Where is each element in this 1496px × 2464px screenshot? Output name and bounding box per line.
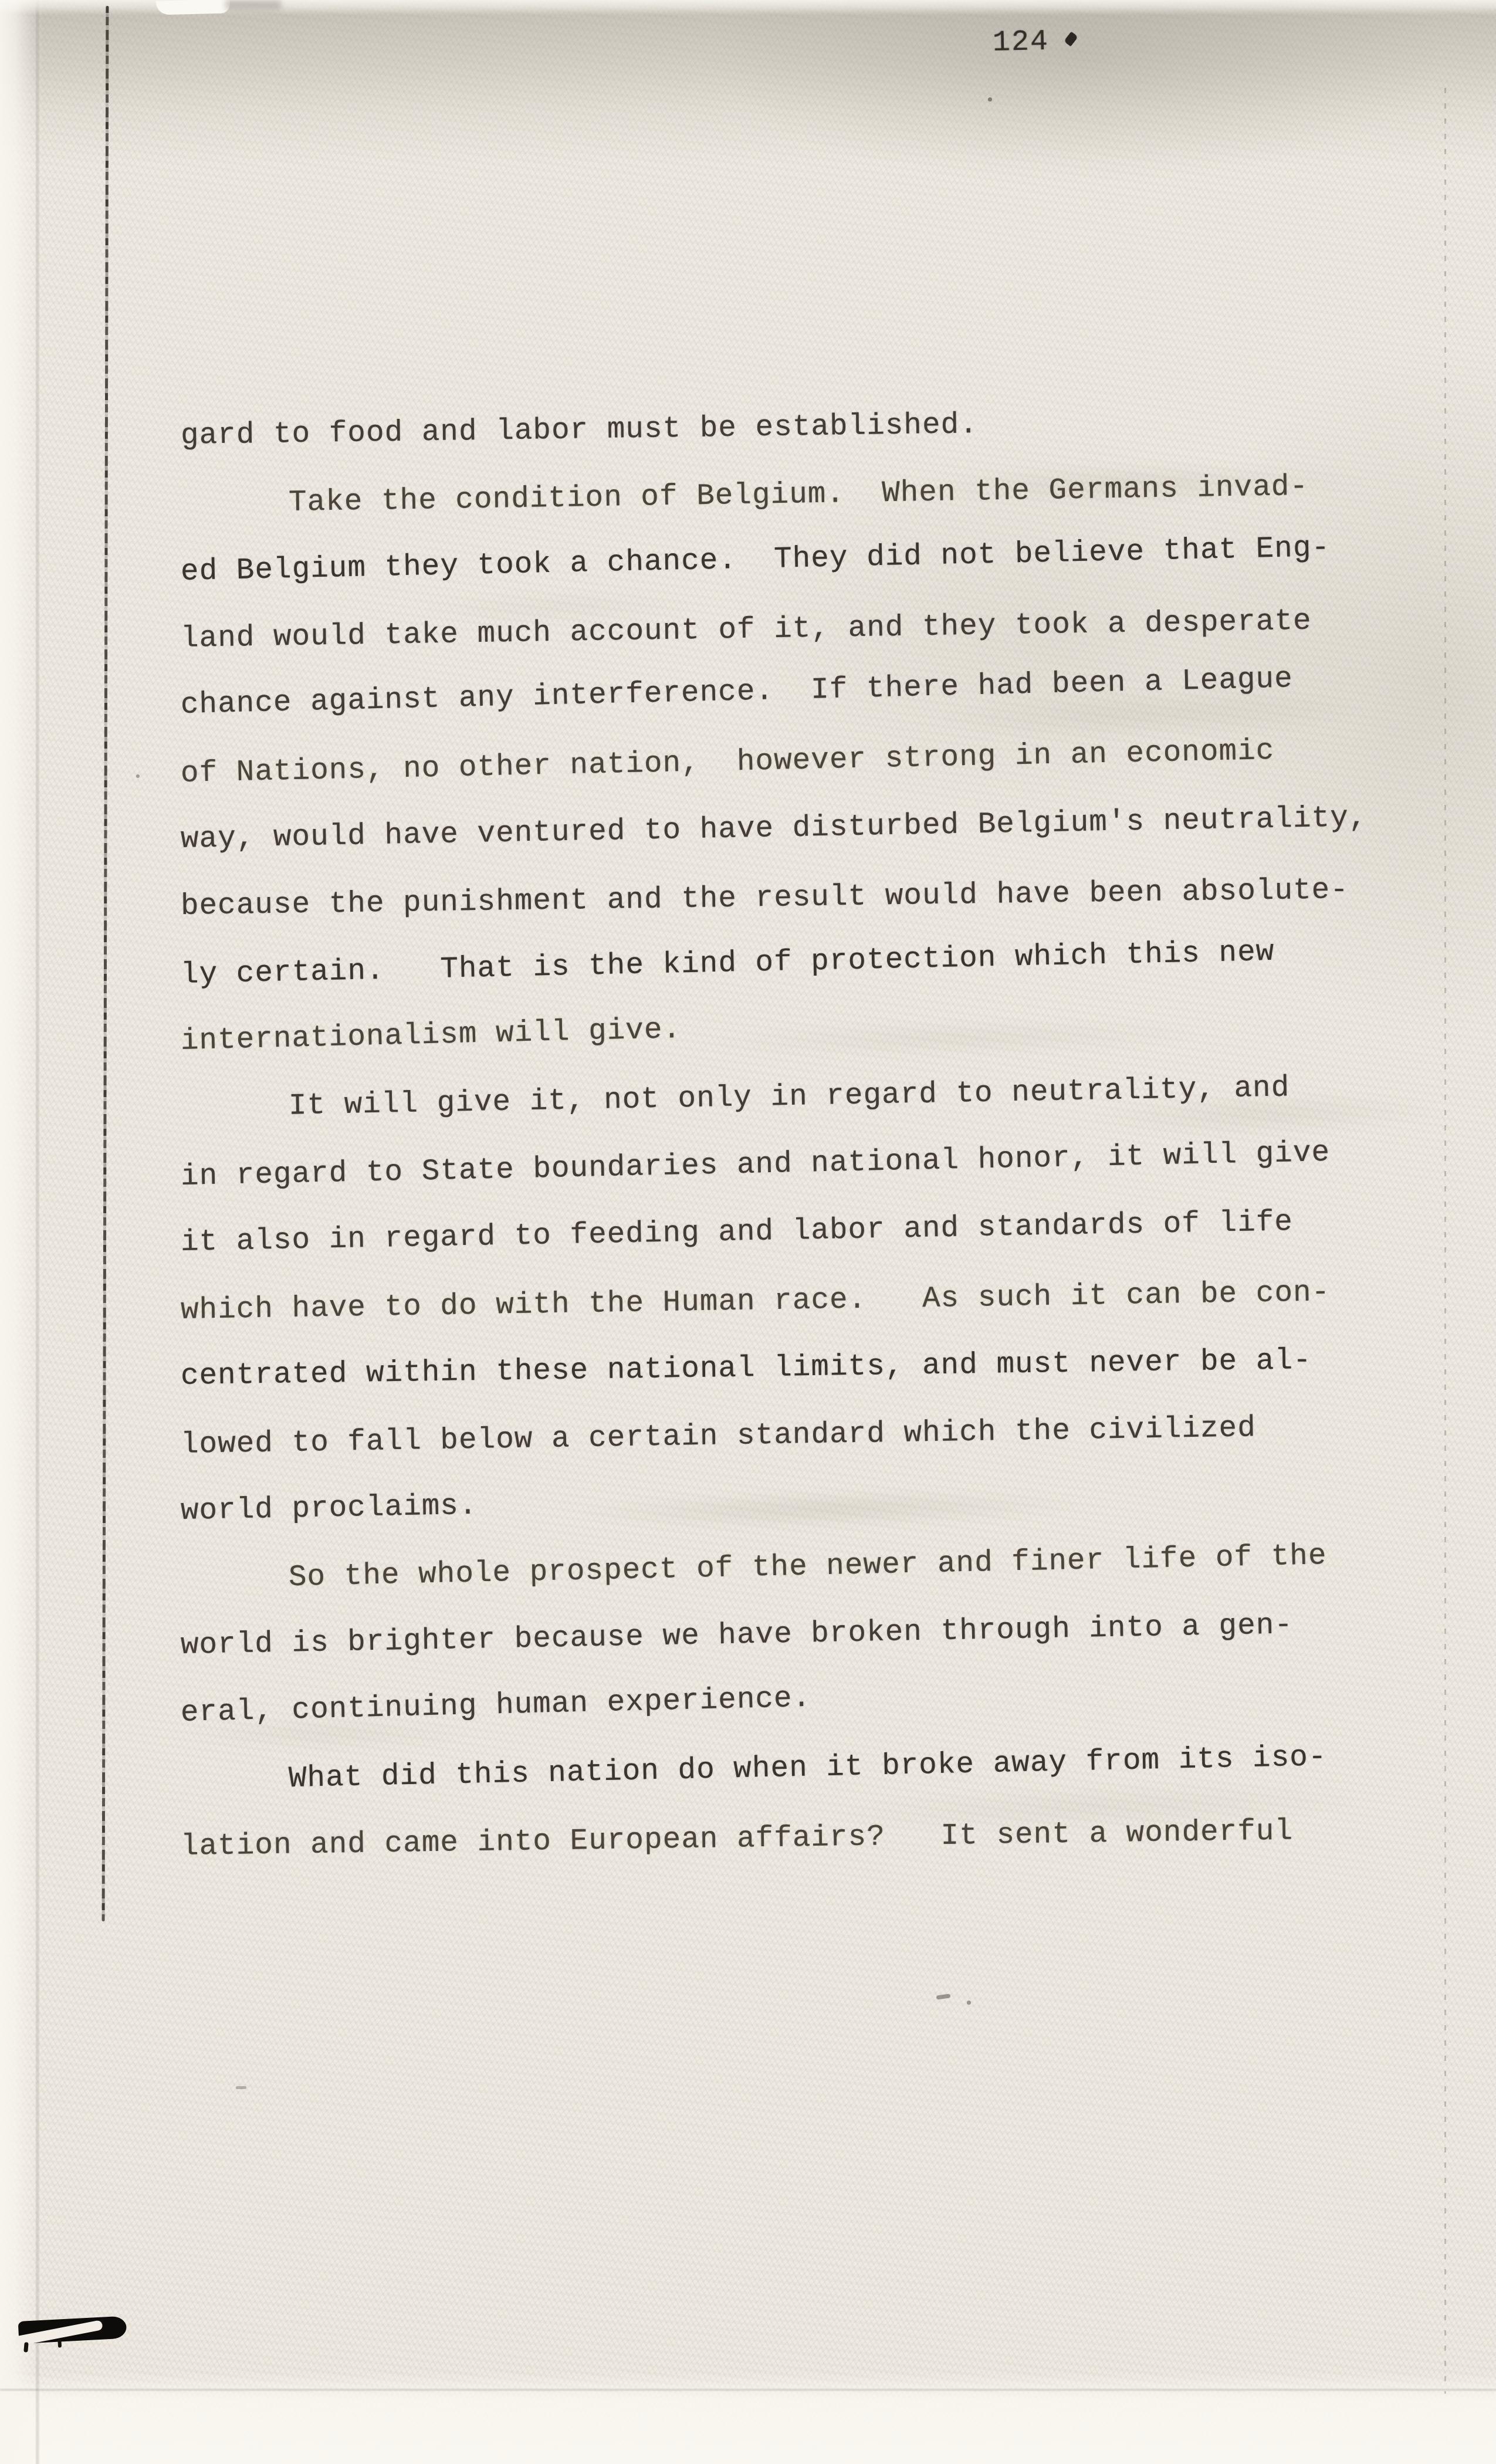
ink-speck [967, 2001, 971, 2005]
torn-notch-shadow [225, 0, 281, 9]
typed-text-block: gard to food and labor must be establish… [181, 404, 1413, 1881]
ink-speck [136, 774, 140, 778]
ink-speck [988, 97, 992, 101]
ink-tick-mark [1064, 32, 1078, 47]
ink-smudge-mark [18, 2316, 134, 2354]
ghost-smudge [897, 459, 1379, 509]
torn-notch [156, 0, 231, 15]
page-bottom-edge [0, 2389, 1496, 2391]
ink-drip [23, 2342, 28, 2353]
ink-drip [57, 2339, 62, 2347]
scan-dotted-edge-line [1444, 88, 1446, 2394]
scanned-page: 124 gard to food and labor must be estab… [0, 0, 1496, 2464]
ink-speck [236, 2086, 246, 2089]
ghost-smudge [411, 587, 705, 628]
ghost-smudge [176, 1716, 481, 1751]
page-number: 124 [992, 25, 1049, 60]
ink-speck [936, 1993, 951, 1999]
binding-edge-line [102, 6, 109, 1921]
